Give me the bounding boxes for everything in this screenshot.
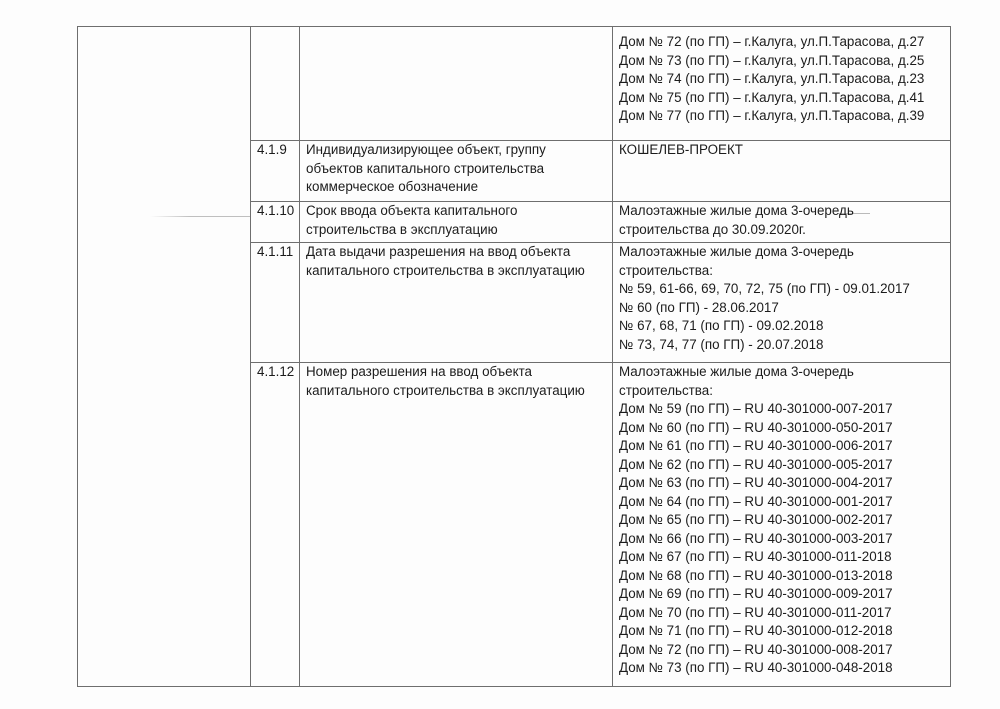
row-label: Индивидуализирующее объект, группу объек… <box>300 141 613 202</box>
permit-line: Дом № 62 (по ГП) – RU 40-301000-005-2017 <box>619 456 944 475</box>
value-line: № 67, 68, 71 (по ГП) - 09.02.2018 <box>619 317 944 336</box>
permit-list: Малоэтажные жилые дома 3-очередь строите… <box>613 363 951 687</box>
row-value: Малоэтажные жилые дома 3-очередь строите… <box>613 243 951 363</box>
row-number: 4.1.10 <box>251 202 300 243</box>
permit-line: Дом № 61 (по ГП) – RU 40-301000-006-2017 <box>619 437 944 456</box>
value-line: Малоэтажные жилые дома 3-очередь <box>619 202 944 221</box>
permit-line: Дом № 59 (по ГП) – RU 40-301000-007-2017 <box>619 400 944 419</box>
permit-line: Дом № 67 (по ГП) – RU 40-301000-011-2018 <box>619 548 944 567</box>
value-line: № 60 (по ГП) - 28.06.2017 <box>619 299 944 318</box>
permit-line: Дом № 68 (по ГП) – RU 40-301000-013-2018 <box>619 567 944 586</box>
permit-line: Дом № 71 (по ГП) – RU 40-301000-012-2018 <box>619 622 944 641</box>
row-label: Номер разрешения на ввод объекта капитал… <box>300 363 613 687</box>
row-value: КОШЕЛЕВ-ПРОЕКТ <box>613 141 951 202</box>
permit-line: Дом № 69 (по ГП) – RU 40-301000-009-2017 <box>619 585 944 604</box>
address-line: Дом № 73 (по ГП) – г.Калуга, ул.П.Тарасо… <box>619 52 944 71</box>
row-label: Срок ввода объекта капитального строител… <box>300 202 613 243</box>
address-line: Дом № 75 (по ГП) – г.Калуга, ул.П.Тарасо… <box>619 89 944 108</box>
declaration-table: Дом № 72 (по ГП) – г.Калуга, ул.П.Тарасо… <box>77 26 951 687</box>
permit-line: Дом № 60 (по ГП) – RU 40-301000-050-2017 <box>619 419 944 438</box>
permit-line: Дом № 63 (по ГП) – RU 40-301000-004-2017 <box>619 474 944 493</box>
row-number: 4.1.9 <box>251 141 300 202</box>
row-label-cell <box>300 27 613 141</box>
value-line: строительства: <box>619 262 944 281</box>
permit-line: Дом № 65 (по ГП) – RU 40-301000-002-2017 <box>619 511 944 530</box>
blank-section-cell <box>78 27 251 687</box>
value-line: Малоэтажные жилые дома 3-очередь <box>619 243 944 262</box>
row-label: Дата выдачи разрешения на ввод объекта к… <box>300 243 613 363</box>
permit-line: Дом № 72 (по ГП) – RU 40-301000-008-2017 <box>619 641 944 660</box>
row-number: 4.1.11 <box>251 243 300 363</box>
value-line: № 73, 74, 77 (по ГП) - 20.07.2018 <box>619 336 944 355</box>
address-line: Дом № 72 (по ГП) – г.Калуга, ул.П.Тарасо… <box>619 33 944 52</box>
value-line: № 59, 61-66, 69, 70, 72, 75 (по ГП) - 09… <box>619 280 944 299</box>
address-line: Дом № 77 (по ГП) – г.Калуга, ул.П.Тарасо… <box>619 107 944 126</box>
permit-line: Дом № 64 (по ГП) – RU 40-301000-001-2017 <box>619 493 944 512</box>
table-row-continuation: Дом № 72 (по ГП) – г.Калуга, ул.П.Тарасо… <box>78 27 951 141</box>
address-list: Дом № 72 (по ГП) – г.Калуга, ул.П.Тарасо… <box>613 27 951 141</box>
row-value: Малоэтажные жилые дома 3-очередь строите… <box>613 202 951 243</box>
row-number-cell <box>251 27 300 141</box>
value-line: Малоэтажные жилые дома 3-очередь <box>619 363 944 382</box>
address-line: Дом № 74 (по ГП) – г.Калуга, ул.П.Тарасо… <box>619 70 944 89</box>
value-line: строительства: <box>619 382 944 401</box>
commercial-name: КОШЕЛЕВ-ПРОЕКТ <box>619 141 944 160</box>
permit-line: Дом № 70 (по ГП) – RU 40-301000-011-2017 <box>619 604 944 623</box>
permit-line: Дом № 66 (по ГП) – RU 40-301000-003-2017 <box>619 530 944 549</box>
value-line: строительства до 30.09.2020г. <box>619 221 944 240</box>
permit-line: Дом № 73 (по ГП) – RU 40-301000-048-2018 <box>619 659 944 678</box>
row-number: 4.1.12 <box>251 363 300 687</box>
